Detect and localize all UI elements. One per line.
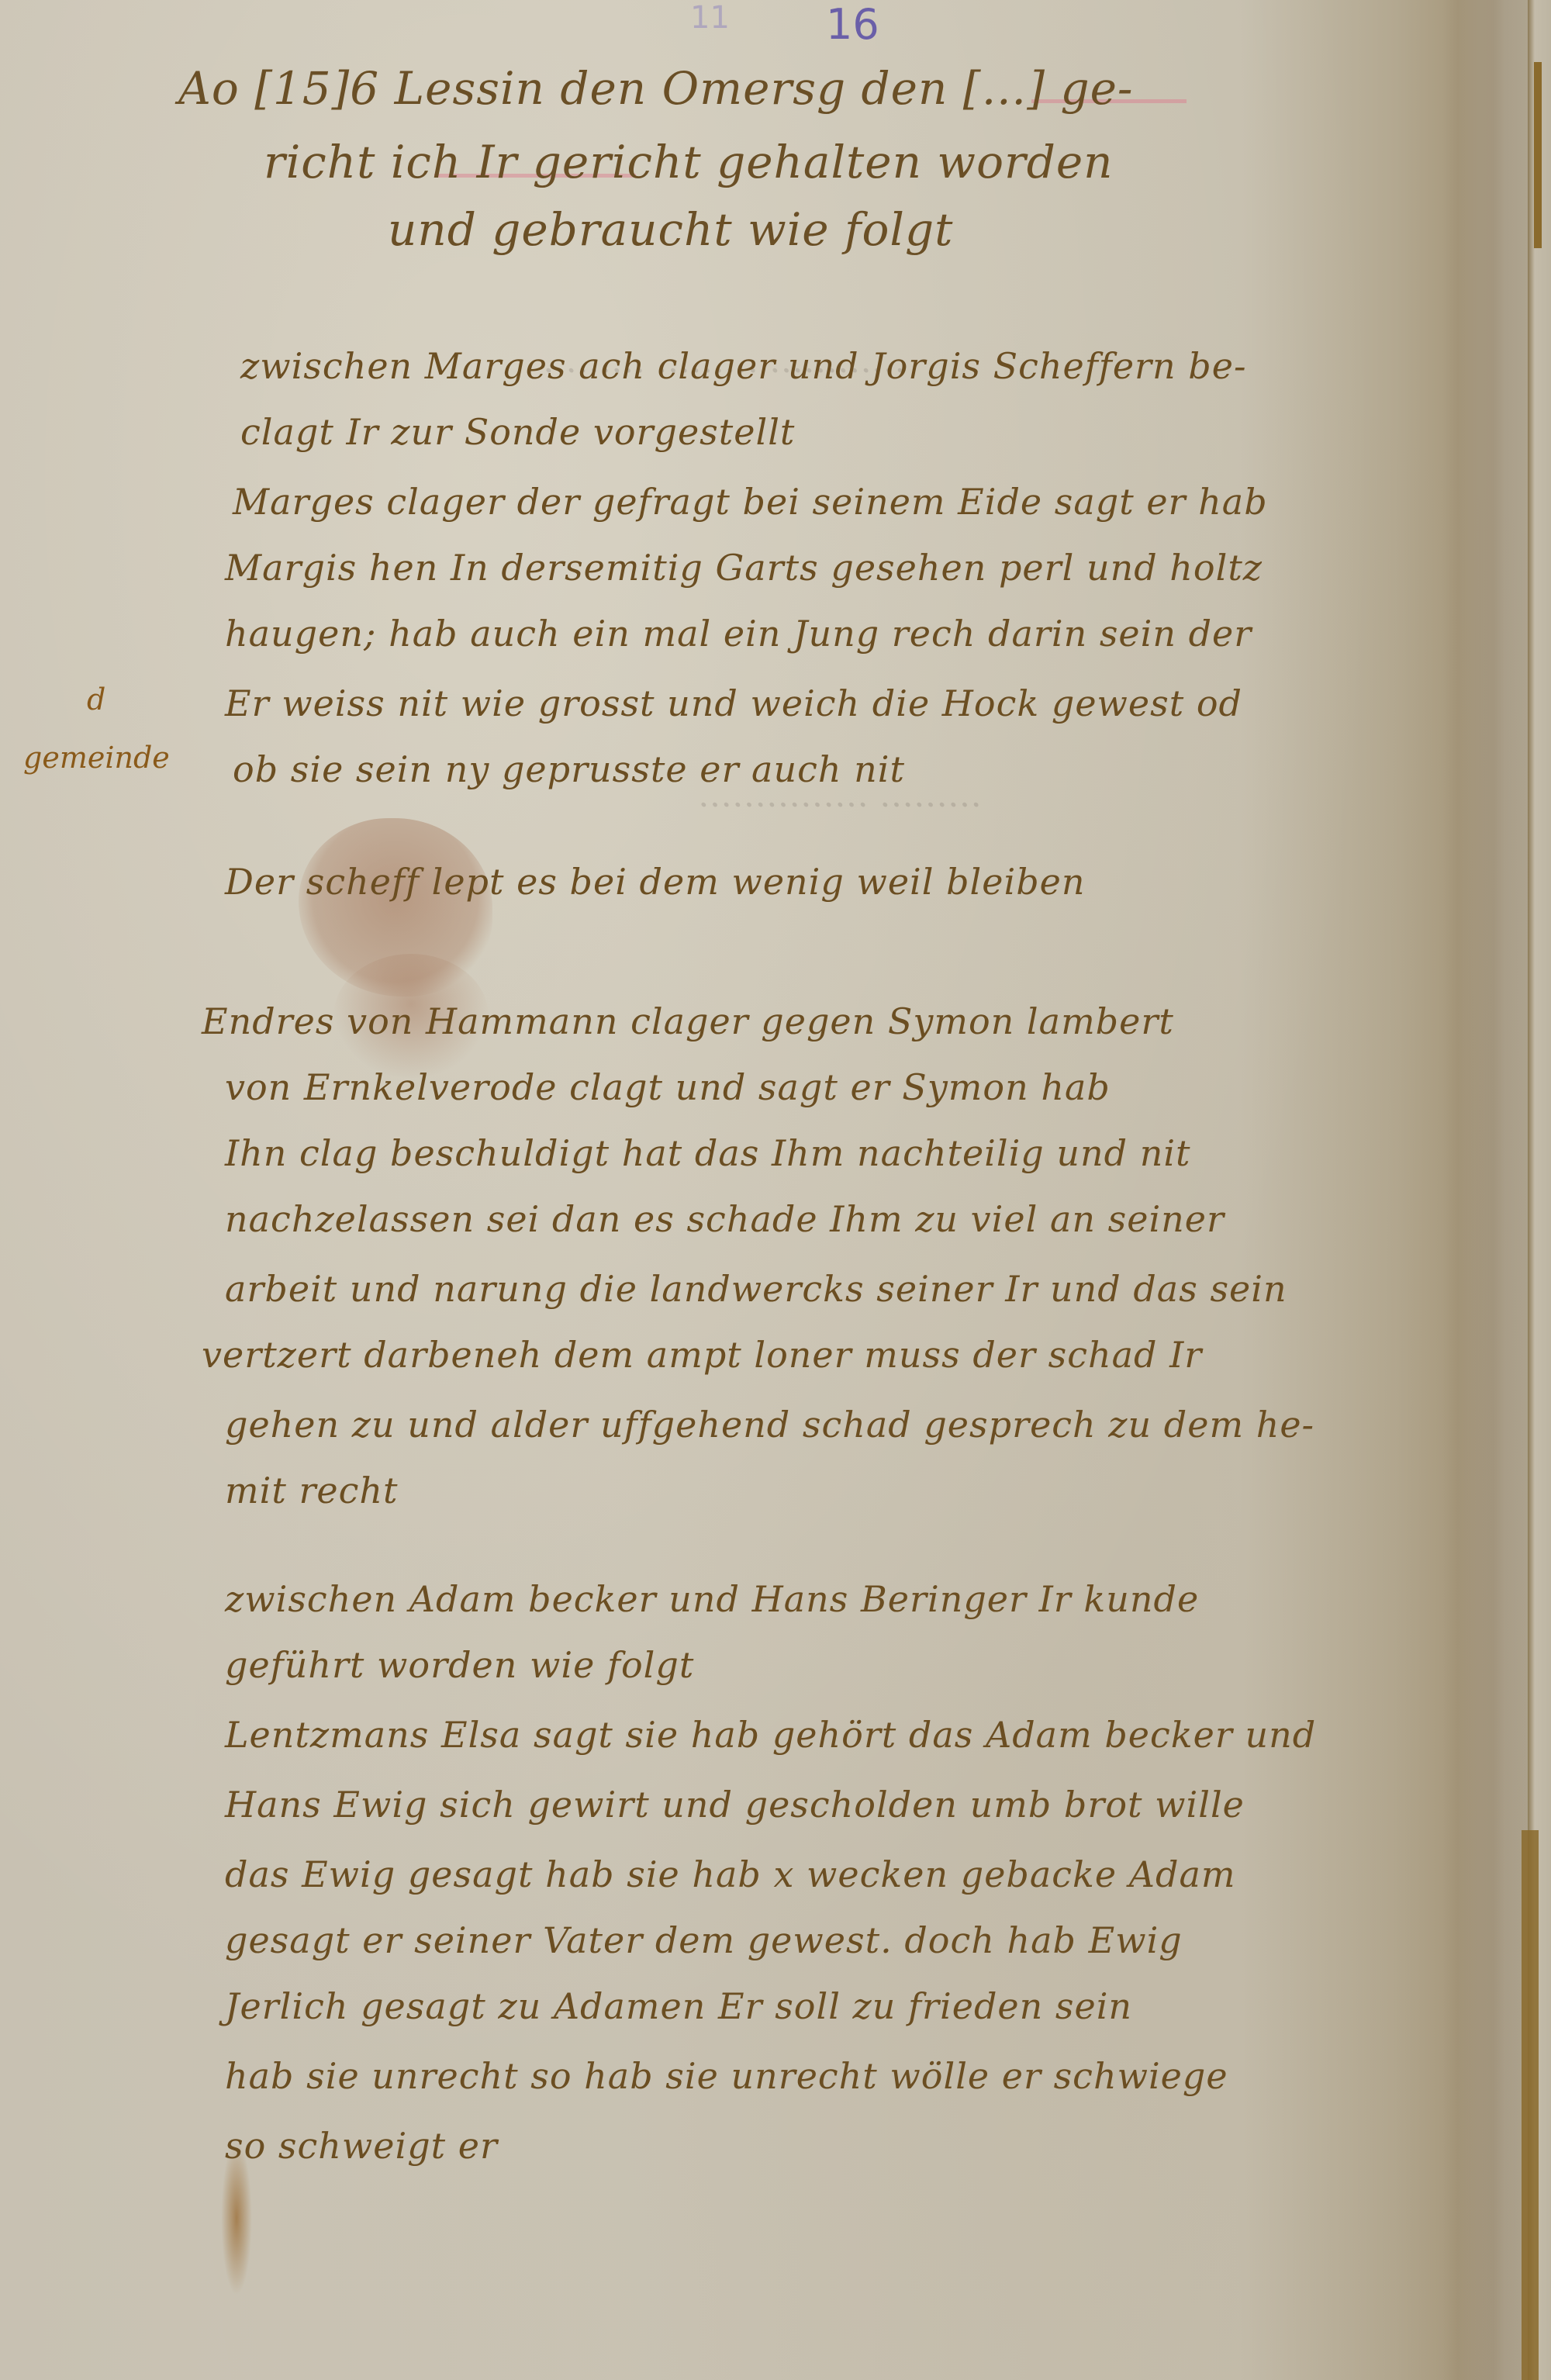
entry-line: Endres von Hammann clager gegen Symon la…	[202, 1000, 1174, 1042]
entry-line: gesagt er seiner Vater dem gewest. doch …	[225, 1919, 1183, 1961]
entry-line: von Ernkelverode clagt und sagt er Symon…	[225, 1066, 1111, 1108]
binding-shadow	[1442, 0, 1528, 2380]
entry-line: Ihn clag beschuldigt hat das Ihm nachtei…	[225, 1132, 1191, 1174]
folio-number-faint: 11	[690, 0, 730, 36]
entry-line: vertzert darbeneh dem ampt loner muss de…	[202, 1334, 1202, 1376]
entry-line: Hans Ewig sich gewirt und gescholden umb…	[225, 1784, 1245, 1826]
entry-line: mit recht	[225, 1470, 399, 1511]
entry-line: Der scheff lept es bei dem wenig weil bl…	[225, 861, 1086, 903]
entry-line: zwischen Adam becker und Hans Beringer I…	[225, 1578, 1199, 1620]
entry-line: clagt Ir zur Sonde vorgestellt	[240, 411, 795, 453]
entry-line: gehen zu und alder uffgehend schad gespr…	[225, 1404, 1314, 1446]
entry-line: haugen; hab auch ein mal ein Jung rech d…	[225, 613, 1252, 655]
heading-line-2: richt ich Ir gericht gehalten worden	[264, 136, 1114, 188]
entry-line: Margis hen In dersemitig Garts gesehen p…	[225, 547, 1263, 589]
margin-note: gemeinde	[23, 741, 170, 775]
margin-note: d	[87, 682, 105, 717]
entry-line: nachzelassen sei dan es schade Ihm zu vi…	[225, 1198, 1225, 1240]
entry-line: Marges clager der gefragt bei seinem Eid…	[233, 481, 1268, 523]
entry-line: das Ewig gesagt hab sie hab x wecken geb…	[225, 1853, 1236, 1895]
entry-line: so schweigt er	[225, 2125, 498, 2167]
entry-line: ob sie sein ny geprusste er auch nit	[233, 748, 905, 790]
entry-line: Jerlich gesagt zu Adamen Er soll zu frie…	[225, 1985, 1132, 2027]
entry-line: Er weiss nit wie grosst und weich die Ho…	[225, 682, 1242, 724]
heading-line-1: Ao [15]6 Lessin den Omersg den […] ge-	[178, 62, 1134, 115]
entry-line: geführt worden wie folgt	[225, 1644, 694, 1686]
manuscript-page: 11 16 ………… ……… ……… ……… …………… Ao [15]6 Le…	[0, 0, 1551, 2380]
binding-tab-bottom	[1522, 1830, 1539, 2380]
entry-line: zwischen Marges ach clager und Jorgis Sc…	[240, 345, 1247, 387]
entry-line: arbeit und narung die landwercks seiner …	[225, 1268, 1287, 1310]
heading-line-3: und gebraucht wie folgt	[388, 203, 953, 256]
binding-tab-top	[1534, 62, 1542, 248]
folio-number: 16	[826, 0, 879, 49]
entry-line: hab sie unrecht so hab sie unrecht wölle…	[225, 2055, 1228, 2097]
entry-line: Lentzmans Elsa sagt sie hab gehört das A…	[225, 1714, 1316, 1756]
